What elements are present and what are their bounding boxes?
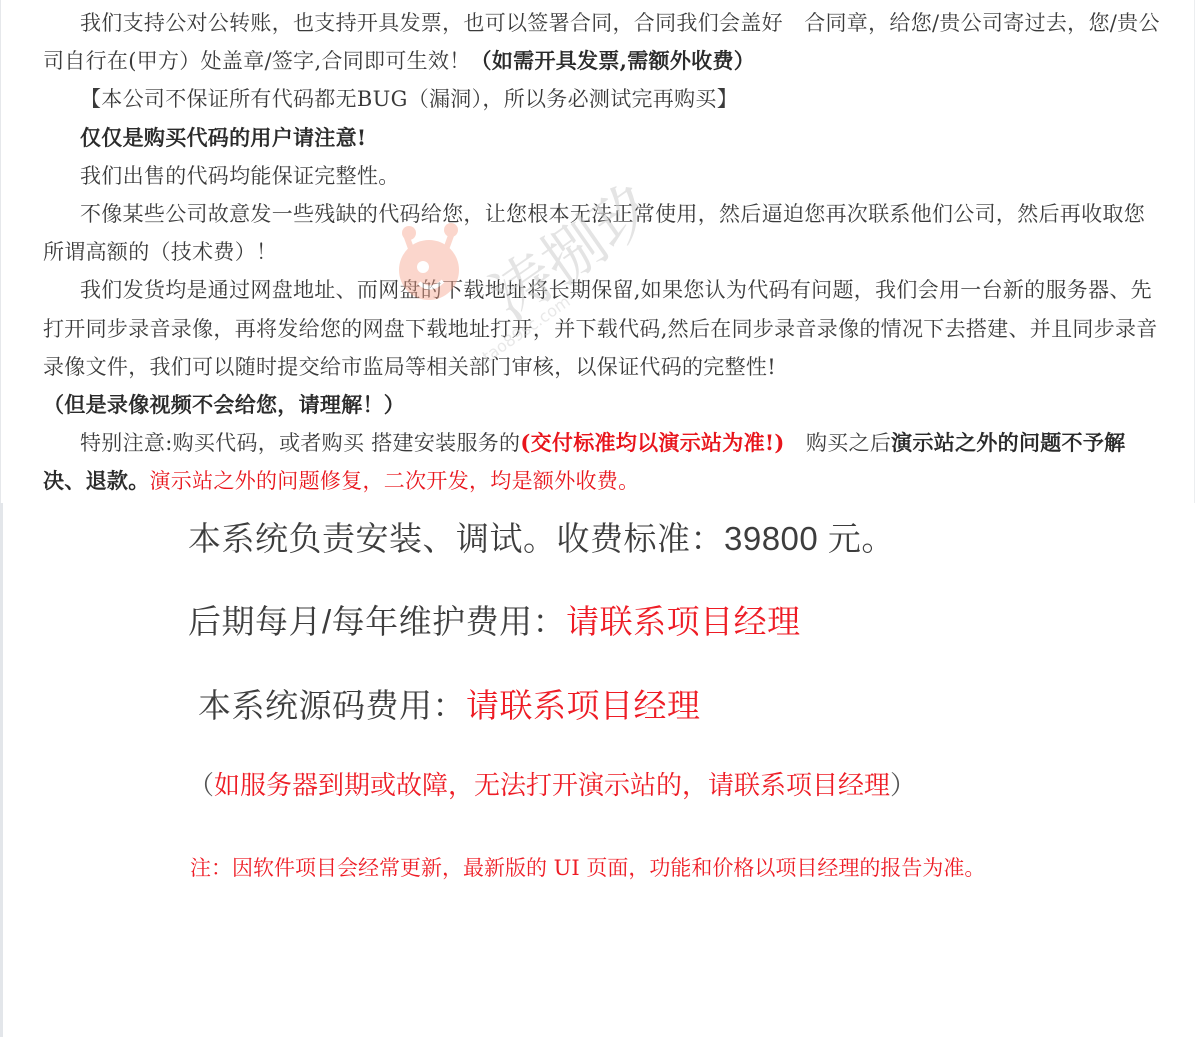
invoice-fee-note: （如需开具发票,需额外收费） xyxy=(471,48,756,73)
recording-note: （但是录像视频不会给您，请理解！） xyxy=(43,386,1161,424)
server-failure-text: 如服务器到期或故障，无法打开演示站的，请联系项目经理 xyxy=(214,771,890,801)
server-failure-note: （如服务器到期或故障，无法打开演示站的，请联系项目经理） xyxy=(188,765,916,802)
notice-section: 我们支持公对公转账，也支持开具发票，也可以签署合同，合同我们会盖好 合同章，给您… xyxy=(0,0,1195,503)
competitor-paragraph: 不像某些公司故意发一些残缺的代码给您，让您根本无法正常使用，然后逼迫您再次联系他… xyxy=(43,195,1161,271)
special-notice-paragraph: 特别注意:购买代码，或者购买 搭建安装服务的(交付标准均以演示站为准!) 购买之… xyxy=(43,424,1161,500)
delivery-paragraph: 我们发货均是通过网盘地址、而网盘的下载地址将长期保留,如果您认为代码有问题，我们… xyxy=(43,271,1161,386)
paren-open: （ xyxy=(188,771,214,801)
source-fee-label: 本系统源码费用： xyxy=(198,687,466,724)
delivery-standard-note: (交付标准均以演示站为准!) xyxy=(520,430,784,455)
install-fee-line: 本系统负责安装、调试。收费标准：39800 元。 xyxy=(188,513,895,560)
maintenance-fee-line: 后期每月/每年维护费用：请联系项目经理 xyxy=(188,596,801,643)
bug-disclaimer: 【本公司不保证所有代码都无BUG（漏洞），所以务必测试完再购买】 xyxy=(43,80,1161,118)
pricing-section: 本系统负责安装、调试。收费标准：39800 元。 后期每月/每年维护费用：请联系… xyxy=(0,503,1201,1037)
payment-paragraph: 我们支持公对公转账，也支持开具发票，也可以签署合同，合同我们会盖好 合同章，给您… xyxy=(43,4,1161,80)
extra-charge-note: 演示站之外的问题修复，二次开发，均是额外收费。 xyxy=(150,469,640,493)
integrity-statement: 我们出售的代码均能保证完整性。 xyxy=(43,157,1161,195)
source-fee-value: 请联系项目经理 xyxy=(466,687,701,724)
notice-text: 我们支持公对公转账，也支持开具发票，也可以签署合同，合同我们会盖好 合同章，给您… xyxy=(43,4,1161,501)
special-notice-prefix: 特别注意:购买代码，或者购买 搭建安装服务的 xyxy=(80,431,520,455)
code-buyer-heading: 仅仅是购买代码的用户请注意! xyxy=(43,119,1161,157)
maintenance-fee-value: 请联系项目经理 xyxy=(566,603,801,640)
paren-close: ） xyxy=(890,771,916,801)
maintenance-fee-label: 后期每月/每年维护费用： xyxy=(188,603,566,640)
update-footnote: 注：因软件项目会经常更新，最新版的 UI 页面，功能和价格以项目经理的报告为准。 xyxy=(190,845,1030,892)
source-fee-line: 本系统源码费用：请联系项目经理 xyxy=(198,680,701,727)
special-notice-middle: 购买之后 xyxy=(785,431,892,455)
